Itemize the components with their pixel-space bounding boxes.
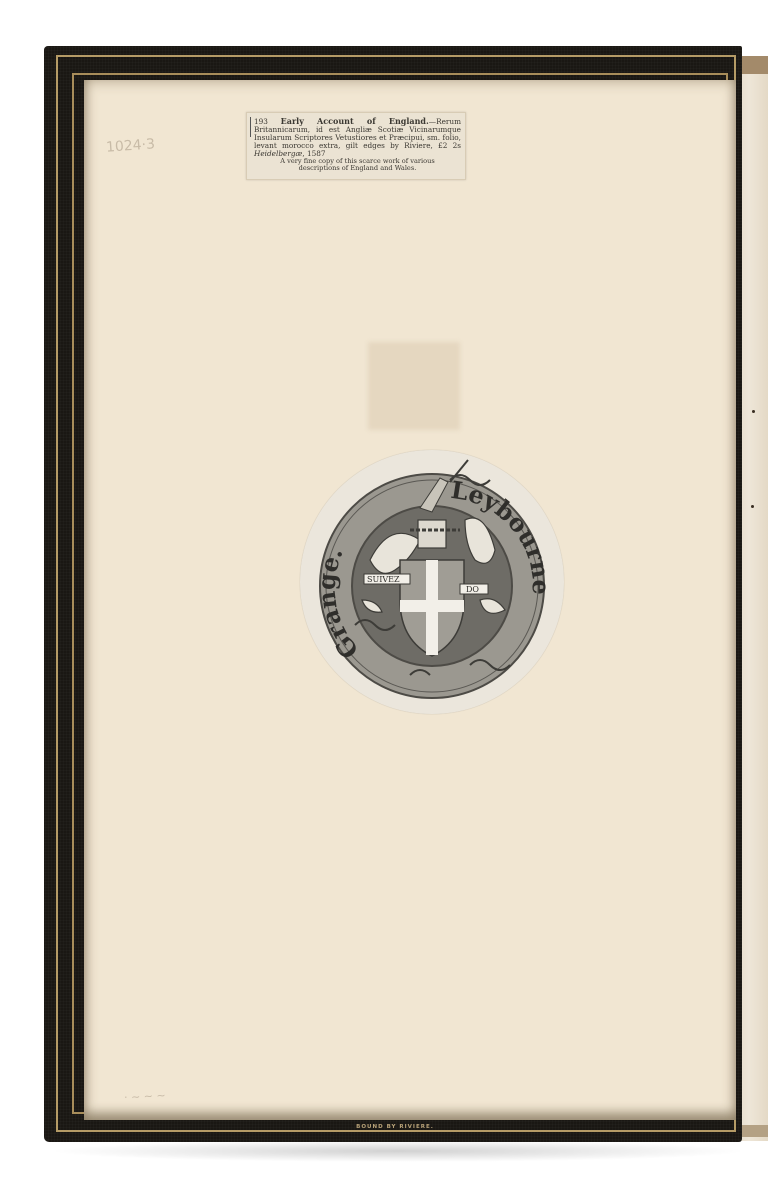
foxing-spot: [752, 410, 755, 413]
foxing-spot: [751, 505, 754, 508]
catalogue-clipping: 193 Early Account of England.—Rerum Brit…: [246, 112, 466, 180]
motto-left: SUIVEZ: [367, 575, 400, 584]
binder-stamp: BOUND BY RIVIERE.: [350, 1124, 440, 1130]
bookplate-engraving: Grange. Leybourne: [300, 450, 564, 714]
book-shadow: [48, 1140, 748, 1162]
lot-note-2: descriptions of England and Wales.: [254, 165, 461, 172]
pencil-mark: · ~ ~ ~: [124, 1089, 166, 1104]
clipping-rule: [250, 117, 251, 137]
motto-right: DO: [466, 585, 479, 594]
clipping-text: 193 Early Account of England.—Rerum Brit…: [254, 117, 461, 172]
pencil-mark: 1024·3: [106, 136, 156, 155]
offset-stain: [368, 342, 460, 430]
armorial-bookplate: Grange. Leybourne: [300, 450, 564, 714]
pastedown-page: 1024·3 193 Early Account of England.—Rer…: [84, 80, 736, 1120]
